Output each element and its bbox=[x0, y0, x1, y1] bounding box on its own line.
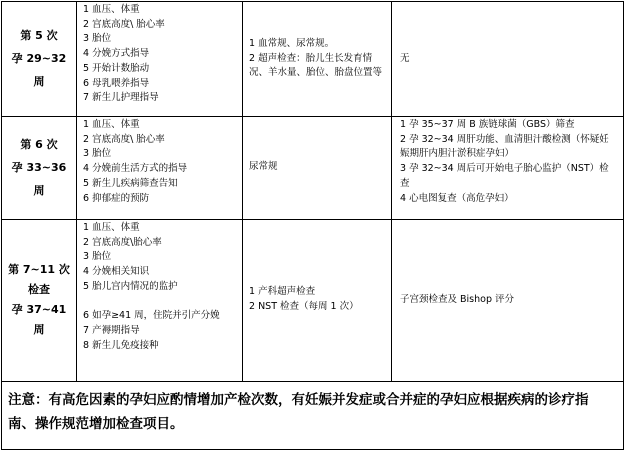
visit-cell: 第 5 次 孕 29~32 周 bbox=[2, 2, 77, 116]
list-item: 4 分娩相关知识 bbox=[83, 265, 242, 280]
weeks-unit: 周 bbox=[34, 323, 45, 337]
list-item: 1 血压、体重 bbox=[83, 221, 242, 236]
list-item: 5 胎儿宫内情况的监护 bbox=[83, 280, 242, 295]
optional-exams-cell: 无 bbox=[392, 2, 623, 116]
visit-suffix: 检查 bbox=[28, 283, 50, 297]
list-item: 6 抑郁症的预防 bbox=[83, 192, 242, 207]
table-row: 第 5 次 孕 29~32 周 1 血压、体重 2 宫底高度\ 胎心率 3 胎位… bbox=[2, 2, 623, 117]
list-item: 1 血常规、尿常规。 bbox=[249, 37, 385, 52]
list-item: 5 开始计数胎动 bbox=[83, 62, 242, 77]
visit-cell: 第 6 次 孕 33~36 周 bbox=[2, 116, 77, 219]
required-exams-cell: 1 血常规、尿常规。 2 超声检查：胎儿生长发育情况、羊水量、胎位、胎盘位置等 bbox=[243, 2, 392, 116]
visit-label: 第 6 次 bbox=[20, 138, 57, 152]
table-row: 第 6 次 孕 33~36 周 1 血压、体重 2 宫底高度\ 胎心率 3 胎位… bbox=[2, 116, 623, 220]
list-item: 7 产褥期指导 bbox=[83, 324, 242, 339]
list-item: 6 如孕≥41 周，住院并引产分娩 bbox=[83, 309, 242, 324]
list-item: 1 血压、体重 bbox=[83, 3, 242, 18]
routine-items-cell: 1 血压、体重 2 宫底高度\ 胎心率 3 胎位 4 分娩前生活方式的指导 5 … bbox=[77, 116, 243, 219]
list-item: 3 胎位 bbox=[83, 32, 242, 47]
weeks-label: 孕 37~41 bbox=[12, 303, 67, 317]
required-exams-cell: 1 产科超声检查 2 NST 检查（每周 1 次） bbox=[243, 219, 392, 381]
prenatal-checkup-table: 第 5 次 孕 29~32 周 1 血压、体重 2 宫底高度\ 胎心率 3 胎位… bbox=[1, 1, 624, 450]
list-item: 无 bbox=[400, 52, 617, 67]
list-item: 尿常规 bbox=[249, 160, 385, 175]
visit-label: 第 5 次 bbox=[20, 29, 57, 43]
optional-exams-cell: 子宫颈检查及 Bishop 评分 bbox=[392, 219, 623, 381]
list-item: 3 胎位 bbox=[83, 250, 242, 265]
list-item: 5 新生儿疾病筛查告知 bbox=[83, 177, 242, 192]
list-item: 8 新生儿免疫接种 bbox=[83, 339, 242, 354]
list-item: 3 孕 32~34 周后可开始电子胎心监护（NST）检查 bbox=[400, 162, 617, 191]
list-item: 2 宫底高度\胎心率 bbox=[83, 236, 242, 251]
visit-label: 第 7~11 次 bbox=[8, 263, 70, 277]
weeks-label: 孕 33~36 bbox=[12, 161, 67, 175]
note-text: 注意：有高危因素的孕妇应酌情增加产检次数，有妊娠并发症或合并症的孕妇应根据疾病的… bbox=[2, 382, 623, 449]
list-item: 4 分娩前生活方式的指导 bbox=[83, 162, 242, 177]
list-item: 2 孕 32~34 周肝功能、血清胆汁酸检测（怀疑妊娠期肝内胆汁淤积症孕妇） bbox=[400, 133, 617, 162]
optional-exams-cell: 1 孕 35~37 周 B 族链球菌（GBS）筛查 2 孕 32~34 周肝功能… bbox=[392, 116, 623, 219]
routine-items-cell: 1 血压、体重 2 宫底高度\胎心率 3 胎位 4 分娩相关知识 5 胎儿宫内情… bbox=[77, 219, 243, 381]
list-item: 2 宫底高度\ 胎心率 bbox=[83, 133, 242, 148]
list-item: 4 心电图复查（高危孕妇） bbox=[400, 192, 617, 207]
list-item: 4 分娩方式指导 bbox=[83, 47, 242, 62]
list-item: 子宫颈检查及 Bishop 评分 bbox=[400, 293, 617, 308]
list-item: 1 血压、体重 bbox=[83, 118, 242, 133]
list-item: 3 胎位 bbox=[83, 147, 242, 162]
list-item: 2 NST 检查（每周 1 次） bbox=[249, 300, 385, 315]
required-exams-cell: 尿常规 bbox=[243, 116, 392, 219]
list-item: 6 母乳喂养指导 bbox=[83, 77, 242, 92]
weeks-unit: 周 bbox=[34, 184, 45, 198]
routine-items-cell: 1 血压、体重 2 宫底高度\ 胎心率 3 胎位 4 分娩方式指导 5 开始计数… bbox=[77, 2, 243, 116]
weeks-unit: 周 bbox=[34, 75, 45, 89]
table-row: 第 7~11 次 检查 孕 37~41 周 1 血压、体重 2 宫底高度\胎心率… bbox=[2, 219, 623, 382]
blank-line bbox=[83, 295, 242, 310]
weeks-label: 孕 29~32 bbox=[12, 52, 67, 66]
list-item: 2 宫底高度\ 胎心率 bbox=[83, 18, 242, 33]
list-item: 1 孕 35~37 周 B 族链球菌（GBS）筛查 bbox=[400, 118, 617, 133]
visit-cell: 第 7~11 次 检查 孕 37~41 周 bbox=[2, 219, 77, 381]
list-item: 2 超声检查：胎儿生长发育情况、羊水量、胎位、胎盘位置等 bbox=[249, 52, 385, 81]
list-item: 1 产科超声检查 bbox=[249, 285, 385, 300]
list-item: 7 新生儿护理指导 bbox=[83, 91, 242, 106]
